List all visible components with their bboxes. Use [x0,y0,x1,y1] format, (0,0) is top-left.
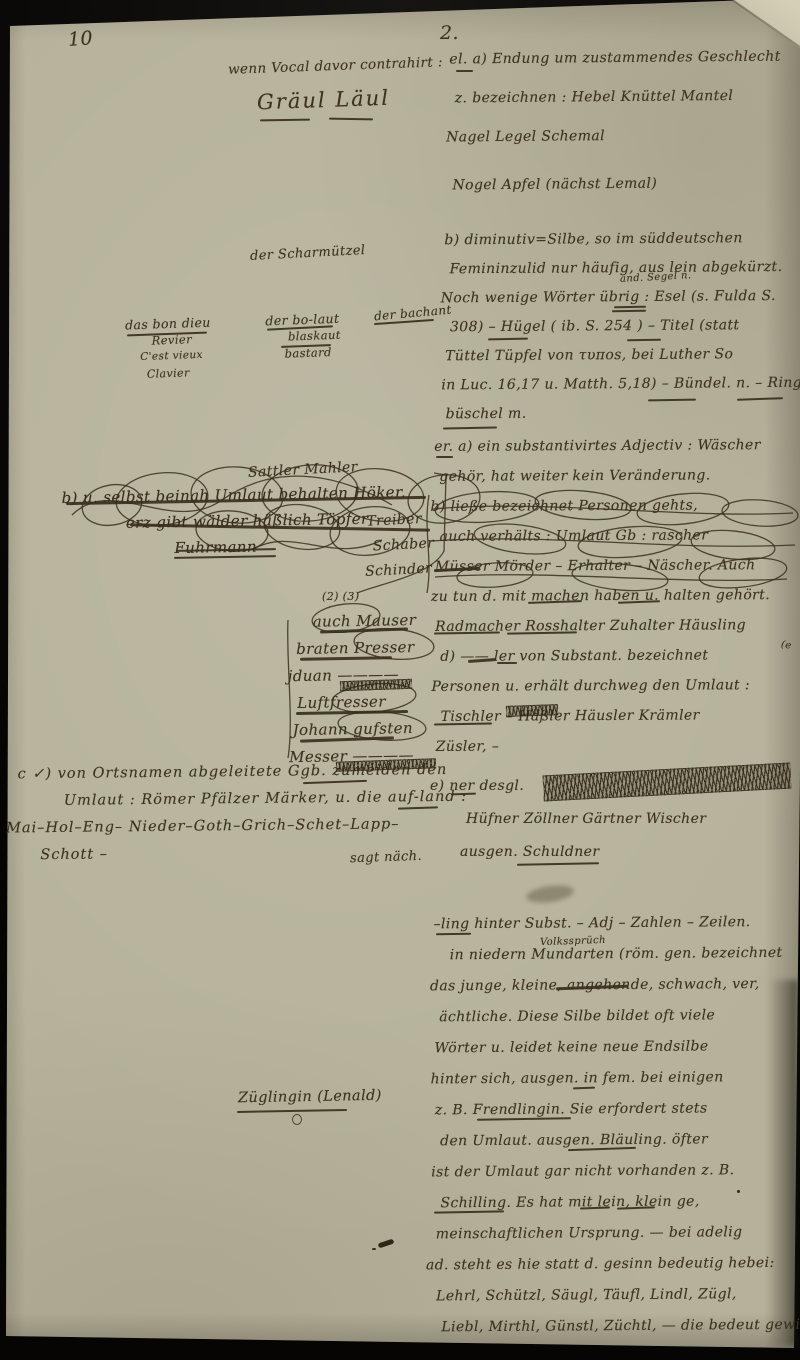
handwritten-line: Umlaut : Römer Pfälzer Märker, u. die au… [64,789,468,820]
section-ling: –ling hinter Subst. – Adj – Zahlen – Zei… [433,914,800,1351]
handwritten-line: das junge, kleine, angehende, schwach, v… [430,976,800,1010]
handwritten-line: in niedern Mundarten (röm. gen. bezeichn… [450,945,800,979]
small-circle-mark [292,1114,302,1125]
margin-group-bon-dieu: das bon dieuRevierC'est vieuxClavier [125,315,213,386]
handwritten-line: ad. steht es hie statt d. gesinn bedeuti… [426,1255,800,1289]
handwritten-line: büschel m. [446,404,800,436]
handwritten-line: ausgen. Schuldner [460,844,706,877]
handwritten-line: ist der Umlaut gar nicht vorhanden z. B. [431,1162,800,1196]
page-number-right: 2. [440,22,459,44]
handwritten-line: Züsler, – [436,737,771,769]
handwritten-line: meinschaftlichen Ursprung. — bei adelig [436,1224,800,1258]
handwritten-line: 308) – Hügel ( ib. S. 254 ) – Titel (sta… [450,317,800,349]
scribble-blackout [506,704,558,717]
handwritten-line: Tüttel Tüpfel von τυποs, bei Luther So [445,346,800,378]
section-c-ortsnamen: c ✓) von Ortsnamen abgeleitete Ggb. zume… [17,762,467,875]
handwritten-line: Clavier [147,365,213,384]
page-number-left: 10 [67,27,93,51]
handwritten-line: el. a) Endung um zustammendes Geschlecht [449,49,781,91]
handwritten-line: –ling hinter Subst. – Adj – Zahlen – Zei… [433,914,800,948]
handwritten-line: Liebl, Mirthl, Günstl, Züchtl, — die bed… [441,1317,800,1351]
scanned-manuscript: { "colors": { "paper": "#b5b19a", "ink":… [0,0,800,1360]
handwritten-line: Hüfner Zöllner Gärtner Wischer [466,811,706,844]
handwritten-line: er. a) ein substantivirtes Adjectiv : Wä… [434,437,769,469]
handwritten-line: Wörter u. leidet keine neue Endsilbe [434,1038,800,1072]
handwritten-line: hinter sich, ausgen. in fem. bei einigen [431,1069,800,1103]
margin-group-bo-laut: der bo-lautblaskautbastard [265,311,342,365]
handwritten-line: ächtliche. Diese Silbe bildet oft viele [439,1007,800,1041]
handwritten-line: bastard [284,345,341,364]
ink-dot [737,1190,740,1193]
handwritten-line: Nogel Apfel (nächst Lemal) [452,175,782,217]
handwritten-line: Noch wenige Wörter übrig : Esel (s. Fuld… [441,288,800,320]
handwritten-line: Schott – [40,843,468,874]
section-b-diminutiv: b) diminutiv=Silbe, so im süddeutschenFe… [444,230,800,436]
page-title: Gräul Läul [257,86,391,115]
handwritten-line: Personen u. erhält durchweg den Umlaut : [431,677,770,709]
er-section-scribbles [425,489,800,607]
margin-note-zueglingin: Züglingin (Lenald) [238,1088,382,1107]
handwritten-line: Nagel Legel Schemal [446,127,782,169]
handwritten-line: b) diminutiv=Silbe, so im süddeutschen [444,230,800,262]
handwritten-line: Lehrl, Schützl, Säugl, Täufl, Lindl, Züg… [436,1286,800,1320]
ink-dot [372,1248,376,1250]
interline-insert-volkssprueche: Volkssprüch [540,935,606,948]
handwritten-line: Schilling. Es hat mit lein, klein ge, [440,1193,800,1227]
underline-stroke [456,70,473,72]
handwritten-line: z. bezeichnen : Hebel Knüttel Mantel [455,88,782,130]
handwritten-line: z. B. Frendlingin. Sie erfordert stets [435,1100,800,1134]
underline-stroke [436,456,453,458]
underline-stroke [497,662,517,664]
handwritten-line: in Luc. 16,17 u. Matth. 5,18) – Bündel. … [441,375,800,407]
section-el: el. a) Endung um zustammendes Geschlecht… [449,49,782,217]
handwritten-line: d) —— ler von Substant. bezeichnet [440,647,770,679]
edge-mark: (e [780,639,792,652]
